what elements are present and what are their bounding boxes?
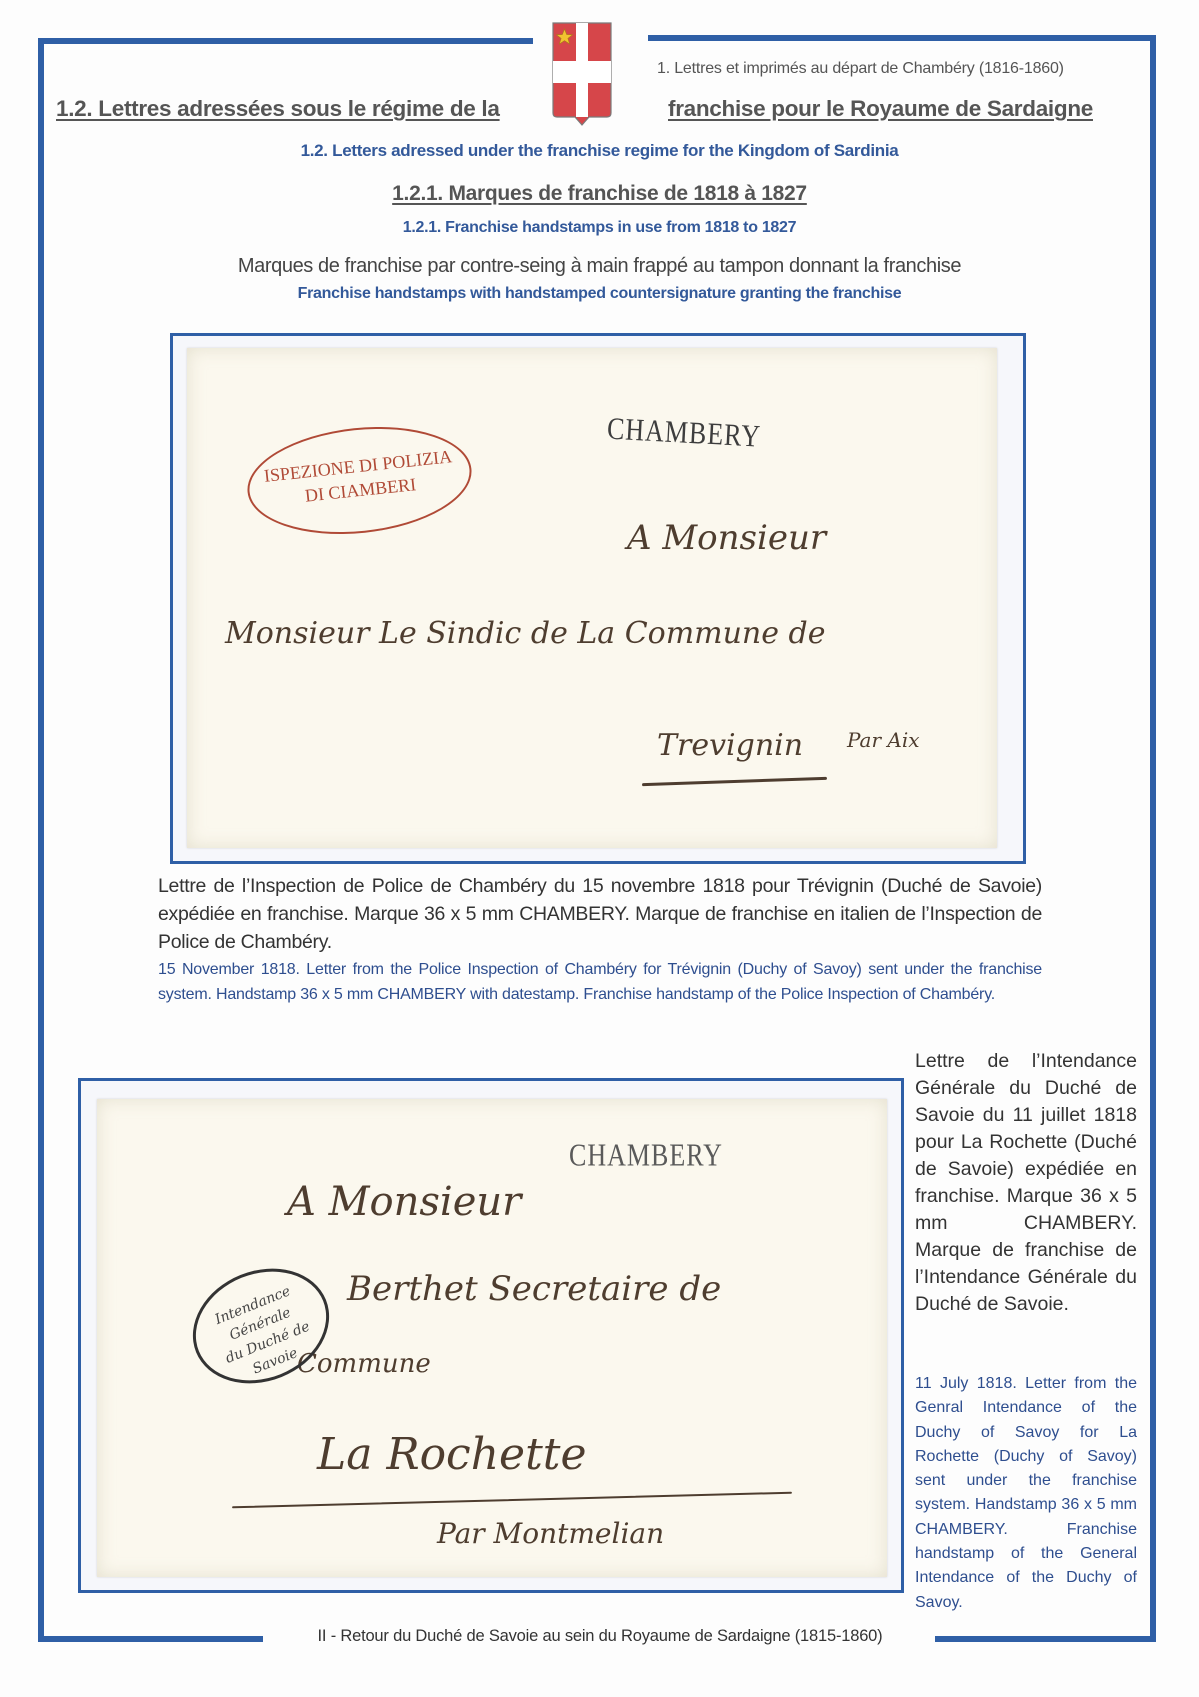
letter-1-envelope: ISPEZIONE DI POLIZIA DI CIAMBERI CHAMBER… [187, 348, 997, 848]
letter-2-caption-english: 11 July 1818. Letter from the Genral Int… [915, 1372, 1137, 1615]
letter-1-franchise-stamp: ISPEZIONE DI POLIZIA DI CIAMBERI [242, 417, 477, 545]
series-title: 1. Lettres et imprimés au départ de Cham… [657, 60, 1147, 78]
description-french: Marques de franchise par contre-seing à … [0, 255, 1199, 278]
letter-2-underline [232, 1492, 792, 1509]
letter-2-caption-french: Lettre de l’Intendance Générale du Duché… [915, 1048, 1137, 1318]
section-title: 1.2.1. Marques de franchise de 1818 à 18… [0, 182, 1199, 206]
section-title-english: 1.2.1. Franchise handstamps in use from … [0, 219, 1199, 237]
main-title-english: 1.2. Letters adressed under the franchis… [0, 141, 1199, 161]
letter-2-envelope: CHAMBERY A Monsieur Berthet Secretaire d… [97, 1099, 887, 1577]
page-footer: II - Retour du Duché de Savoie au sein d… [270, 1627, 930, 1646]
letter-2-address-line4: La Rochette [317, 1429, 586, 1480]
letter-2-chambery-stamp: CHAMBERY [569, 1138, 723, 1174]
letter-1-address-line2: Monsieur Le Sindic de La Commune de [225, 616, 826, 651]
frame-border-top-right [648, 35, 1156, 41]
frame-border-bottom-left [38, 1636, 263, 1642]
description-english: Franchise handstamps with handstamped co… [0, 285, 1199, 303]
frame-border-left [38, 38, 44, 1642]
letter-2-address-line5: Par Montmelian [437, 1517, 664, 1550]
letter-2-address-line1: A Monsieur [287, 1179, 521, 1225]
frame-border-bottom-right [935, 1636, 1156, 1642]
letter-1-chambery-stamp: CHAMBERY [606, 411, 762, 455]
frame-border-top-left [38, 38, 533, 44]
letter-1-image-frame: ISPEZIONE DI POLIZIA DI CIAMBERI CHAMBER… [170, 333, 1026, 864]
letter-1-address-note: Par Aix [847, 728, 920, 752]
letter-2-franchise-stamp: Intendance Générale du Duché de Savoie [175, 1249, 346, 1403]
main-title-right: franchise pour le Royaume de Sardaigne [668, 96, 1093, 122]
letter-1-address-line3: Trevignin [657, 728, 803, 763]
letter-1-underline [642, 777, 827, 786]
letter-1-caption-french: Lettre de l’Inspection de Police de Cham… [158, 872, 1042, 956]
letter-2-address-line2: Berthet Secretaire de [347, 1269, 721, 1309]
main-title-left: 1.2. Lettres adressées sous le régime de… [56, 96, 500, 122]
savoy-cross-shield-icon [551, 21, 613, 128]
letter-1-caption-english: 15 November 1818. Letter from the Police… [158, 958, 1042, 1007]
letter-2-image-frame: CHAMBERY A Monsieur Berthet Secretaire d… [78, 1078, 904, 1593]
letter-1-address-line1: A Monsieur [627, 518, 826, 558]
